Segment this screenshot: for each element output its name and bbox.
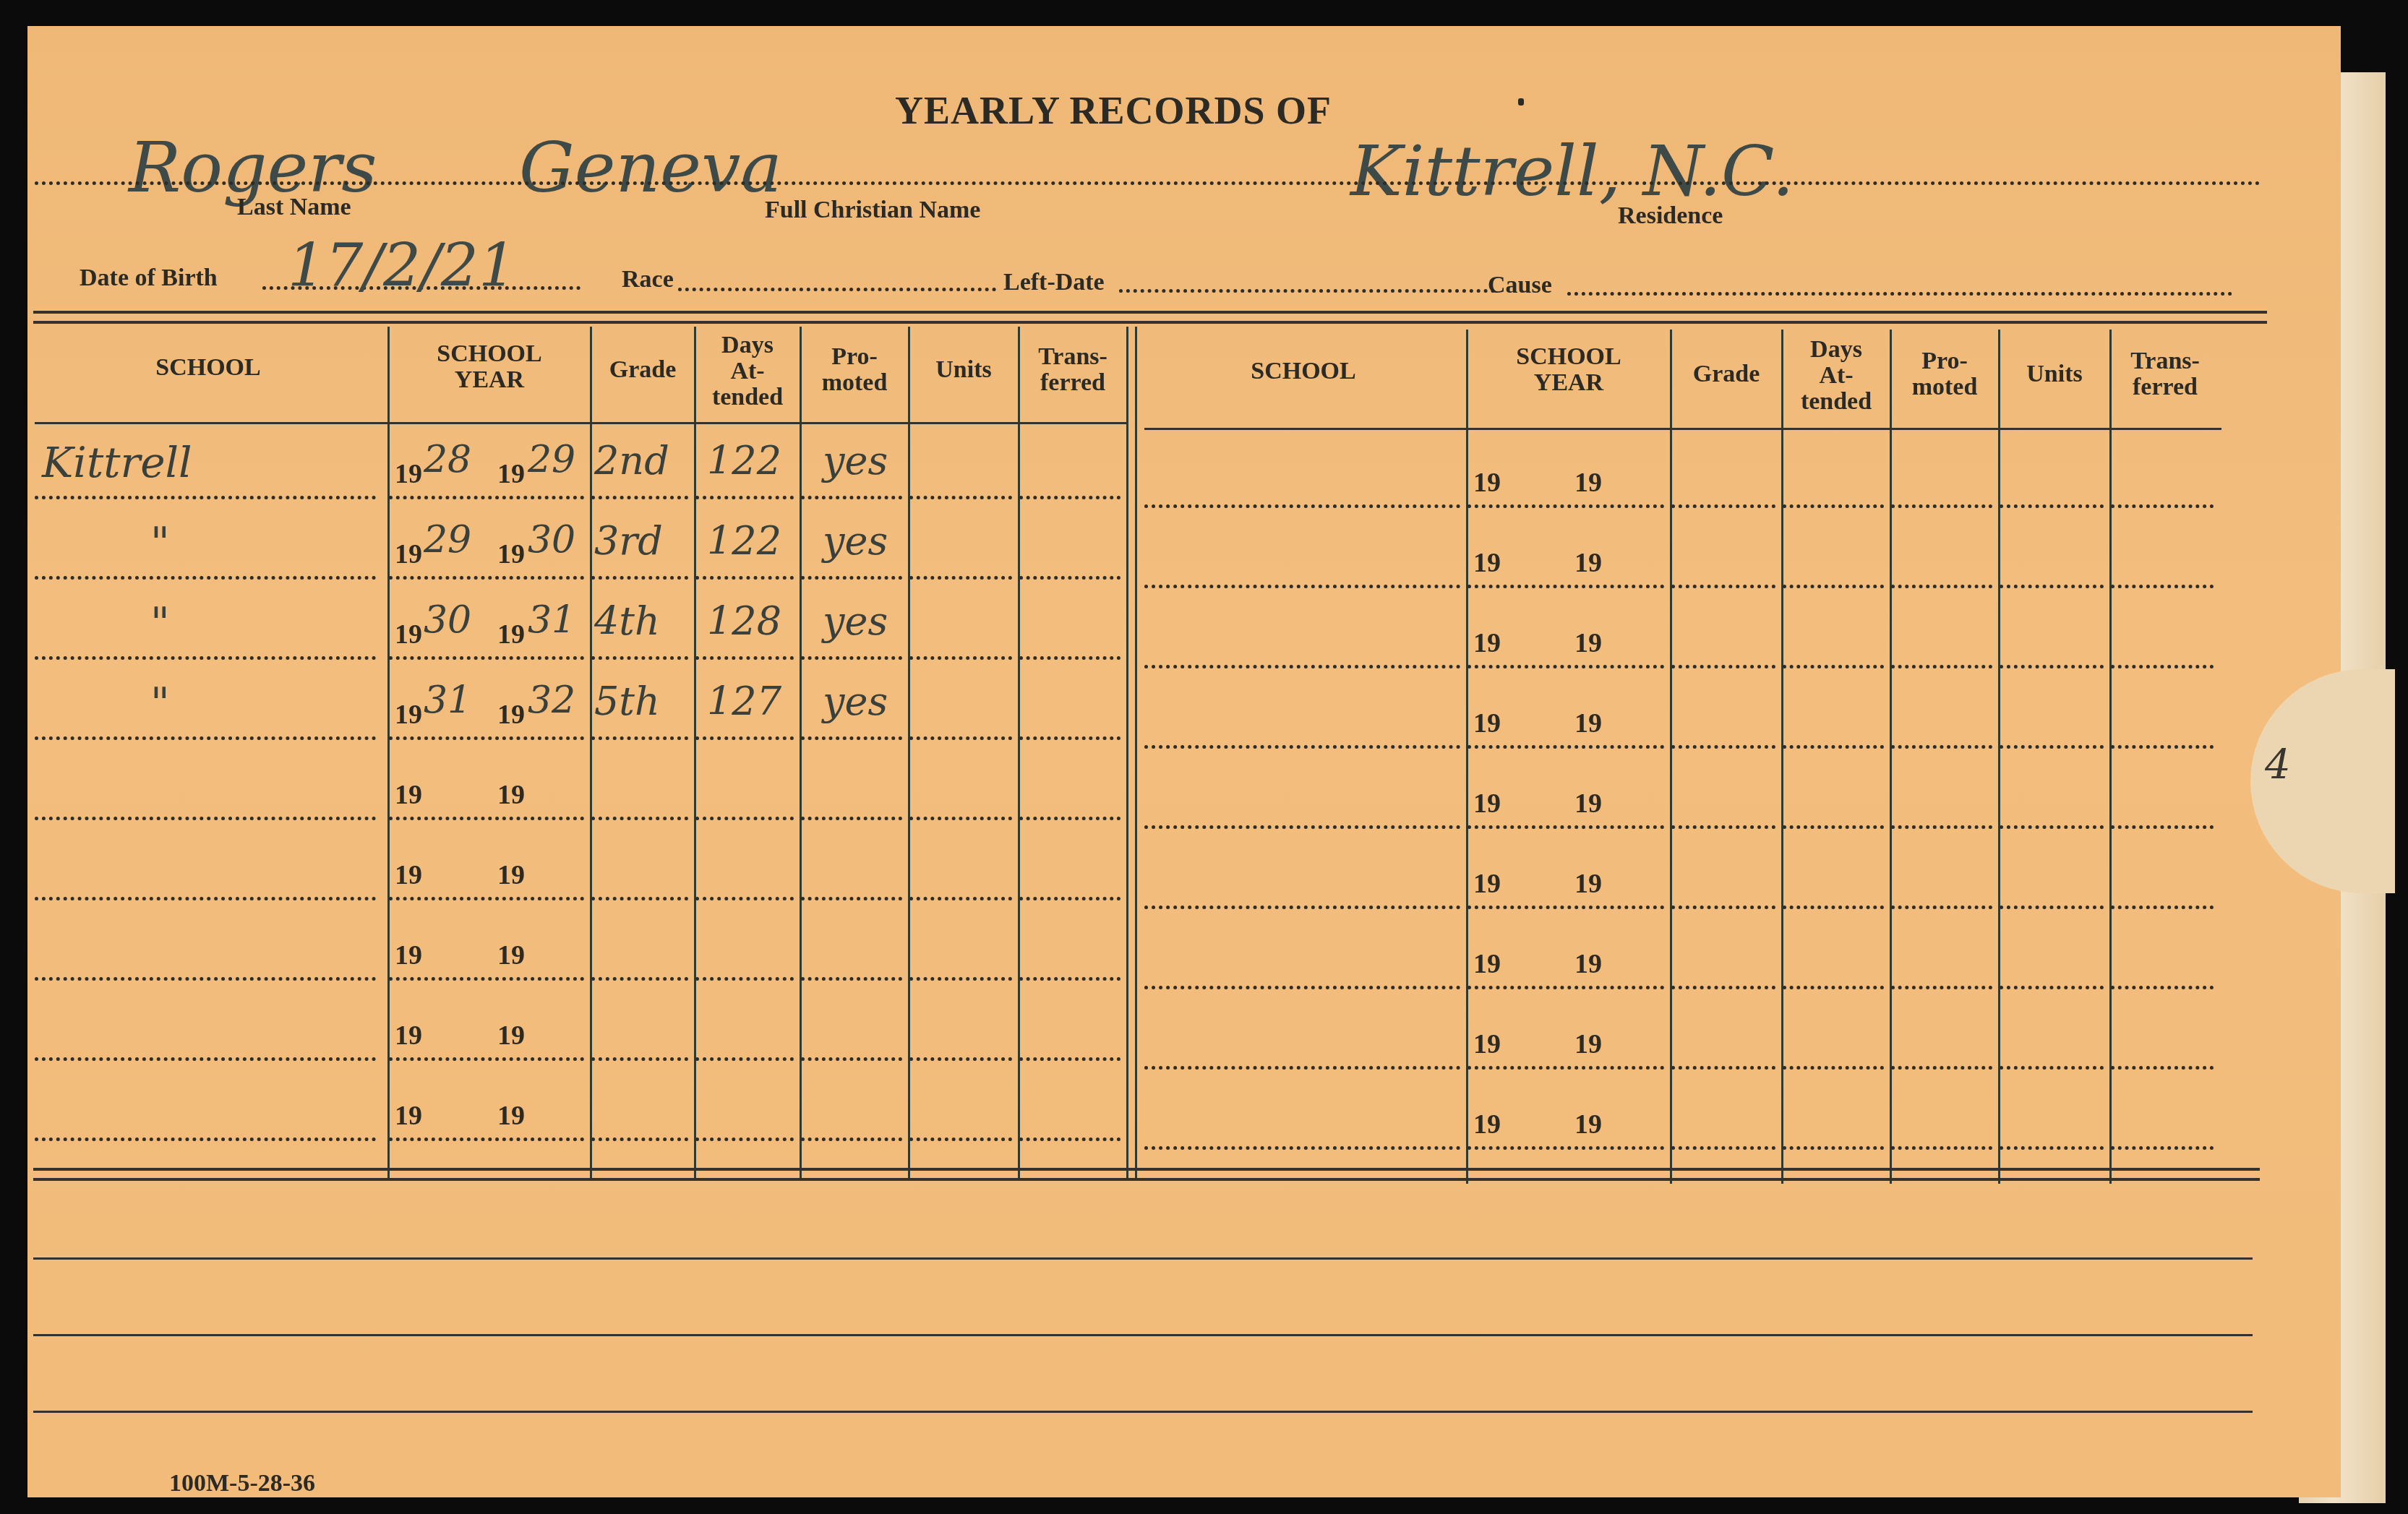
cell-field[interactable]	[1671, 906, 1775, 909]
cell-field[interactable]	[1467, 745, 1664, 749]
year-prefix: 19	[395, 699, 422, 731]
cell-field[interactable]	[389, 736, 584, 740]
cell-field[interactable]	[909, 576, 1012, 580]
cell-field[interactable]	[591, 496, 688, 499]
cell-field[interactable]	[1783, 986, 1884, 989]
school-value[interactable]: "	[150, 518, 170, 567]
cell-field[interactable]	[801, 576, 902, 580]
year-prefix: 19	[1473, 467, 1501, 499]
cell-field[interactable]	[695, 656, 794, 660]
year-to-value[interactable]: 29	[528, 438, 575, 481]
cell-field[interactable]	[909, 1137, 1012, 1141]
col-divider	[1466, 330, 1468, 1184]
cell-field[interactable]	[1671, 1146, 1775, 1150]
col-divider	[1890, 330, 1892, 1184]
page-title: YEARLY RECORDS OF	[895, 88, 1332, 133]
grade-value[interactable]: 5th	[594, 679, 660, 724]
remarks-line[interactable]	[33, 1411, 2253, 1413]
grade-value[interactable]: 2nd	[594, 438, 669, 483]
cell-field[interactable]	[1144, 665, 1460, 668]
cell-field[interactable]	[591, 736, 688, 740]
year-prefix: 19	[1473, 707, 1501, 739]
cause-label: Cause	[1488, 272, 1552, 299]
year-from-value[interactable]: 28	[424, 438, 471, 481]
header-rule	[1144, 428, 2221, 430]
cell-field[interactable]	[389, 656, 584, 660]
days-value[interactable]: 128	[707, 598, 781, 644]
cell-field[interactable]	[695, 496, 794, 499]
days-value[interactable]: 122	[707, 518, 781, 564]
year-prefix: 19	[1574, 868, 1602, 900]
promoted-value[interactable]: yes	[823, 598, 888, 644]
year-prefix: 19	[497, 1100, 525, 1132]
cell-field[interactable]	[389, 576, 584, 580]
cell-field[interactable]	[2000, 504, 2104, 508]
year-prefix: 19	[395, 458, 422, 490]
cell-field[interactable]	[1019, 897, 1121, 900]
cell-field[interactable]	[1467, 986, 1664, 989]
cell-field[interactable]	[1671, 585, 1775, 588]
cell-field[interactable]	[2111, 504, 2214, 508]
year-prefix: 19	[395, 779, 422, 811]
year-prefix: 19	[1473, 1028, 1501, 1060]
cell-field[interactable]	[1783, 1146, 1884, 1150]
cell-field[interactable]	[695, 897, 794, 900]
year-prefix: 19	[1473, 948, 1501, 980]
cell-field[interactable]	[2000, 1066, 2104, 1070]
header-units-right: Units	[2000, 361, 2109, 387]
year-prefix: 19	[395, 619, 422, 650]
cell-field[interactable]	[1019, 496, 1121, 499]
remarks-line[interactable]	[33, 1334, 2253, 1336]
header-units: Units	[909, 357, 1018, 383]
top-rule	[33, 321, 2267, 324]
cell-field[interactable]	[1891, 504, 1992, 508]
cell-field[interactable]	[1891, 665, 1992, 668]
days-value[interactable]: 122	[707, 438, 781, 483]
col-divider	[694, 327, 696, 1181]
cell-field[interactable]	[909, 897, 1012, 900]
cell-field[interactable]	[2111, 1066, 2214, 1070]
days-value[interactable]: 127	[707, 679, 781, 724]
col-divider	[1998, 330, 2000, 1184]
year-prefix: 19	[395, 1020, 422, 1051]
cell-field[interactable]	[1671, 825, 1775, 829]
cell-field[interactable]	[1144, 1066, 1460, 1070]
header-promoted-right: Pro-moted	[1891, 348, 1998, 400]
year-prefix: 19	[395, 859, 422, 891]
cell-field[interactable]	[1467, 825, 1664, 829]
cell-field[interactable]	[1019, 817, 1121, 820]
race-field[interactable]	[678, 288, 996, 291]
cell-field[interactable]	[35, 817, 376, 820]
cell-field[interactable]	[695, 977, 794, 981]
year-prefix: 19	[497, 699, 525, 731]
cell-field[interactable]	[1144, 504, 1460, 508]
cell-field[interactable]	[1891, 1146, 1992, 1150]
year-to-value[interactable]: 31	[528, 598, 575, 642]
year-prefix: 19	[497, 859, 525, 891]
cell-field[interactable]	[35, 1057, 376, 1061]
cell-field[interactable]	[389, 897, 584, 900]
cell-field[interactable]	[801, 1057, 902, 1061]
form-number: 100M-5-28-36	[169, 1470, 315, 1497]
cell-field[interactable]	[1783, 906, 1884, 909]
cell-field[interactable]	[2000, 906, 2104, 909]
left-date-field[interactable]	[1119, 289, 1495, 293]
col-divider	[2109, 330, 2112, 1184]
cell-field[interactable]	[801, 656, 902, 660]
cell-field[interactable]	[389, 1057, 584, 1061]
cell-field[interactable]	[695, 817, 794, 820]
header-school-right: SCHOOL	[1141, 358, 1466, 384]
col-divider	[387, 327, 390, 1181]
dob-value[interactable]: 17/2/21	[288, 232, 516, 301]
year-prefix: 19	[497, 619, 525, 650]
cell-field[interactable]	[801, 496, 902, 499]
year-prefix: 19	[395, 538, 422, 570]
last-name-label: Last Name	[237, 194, 351, 221]
cell-field[interactable]	[909, 977, 1012, 981]
cell-field[interactable]	[695, 1057, 794, 1061]
cell-field[interactable]	[591, 897, 688, 900]
cell-field[interactable]	[35, 576, 376, 580]
cell-field[interactable]	[1019, 1057, 1121, 1061]
school-value[interactable]: Kittrell	[42, 438, 192, 487]
cell-field[interactable]	[1144, 906, 1460, 909]
year-prefix: 19	[497, 779, 525, 811]
remarks-line[interactable]	[33, 1257, 2253, 1260]
year-prefix: 19	[497, 1020, 525, 1051]
cell-field[interactable]	[1467, 585, 1664, 588]
dob-label: Date of Birth	[80, 264, 218, 292]
cell-field[interactable]	[591, 977, 688, 981]
year-prefix: 19	[1574, 467, 1602, 499]
year-prefix: 19	[1473, 868, 1501, 900]
cell-field[interactable]	[1019, 736, 1121, 740]
header-days-attended-right: DaysAt-tended	[1783, 337, 1890, 415]
col-divider	[590, 327, 592, 1181]
cell-field[interactable]	[1144, 986, 1460, 989]
cell-field[interactable]	[591, 1137, 688, 1141]
cell-field[interactable]	[909, 656, 1012, 660]
cell-field[interactable]	[35, 496, 376, 499]
cell-field[interactable]	[2111, 665, 2214, 668]
cell-field[interactable]	[2000, 1146, 2104, 1150]
cell-field[interactable]	[695, 736, 794, 740]
cell-field[interactable]	[1891, 585, 1992, 588]
cell-field[interactable]	[1891, 986, 1992, 989]
col-divider	[1126, 327, 1128, 1181]
year-prefix: 19	[497, 939, 525, 971]
promoted-value[interactable]: yes	[823, 438, 888, 483]
cell-field[interactable]	[909, 736, 1012, 740]
cell-field[interactable]	[389, 496, 584, 499]
notch-mark: 4	[2265, 741, 2291, 788]
year-from-value[interactable]: 30	[424, 598, 471, 642]
cell-field[interactable]	[909, 817, 1012, 820]
cell-field[interactable]	[801, 897, 902, 900]
christian-name-value[interactable]: Geneva	[519, 127, 782, 208]
cell-field[interactable]	[1144, 825, 1460, 829]
race-label: Race	[622, 266, 674, 293]
cell-field[interactable]	[35, 977, 376, 981]
year-from-value[interactable]: 29	[424, 518, 471, 562]
cell-field[interactable]	[35, 736, 376, 740]
year-to-value[interactable]: 32	[528, 679, 575, 722]
cell-field[interactable]	[35, 1137, 376, 1141]
cell-field[interactable]	[1671, 986, 1775, 989]
cell-field[interactable]	[1671, 504, 1775, 508]
cell-field[interactable]	[591, 576, 688, 580]
col-divider	[800, 327, 802, 1181]
cell-field[interactable]	[801, 1137, 902, 1141]
year-prefix: 19	[1574, 1109, 1602, 1140]
year-prefix: 19	[1473, 788, 1501, 820]
cell-field[interactable]	[801, 817, 902, 820]
cell-field[interactable]	[1019, 977, 1121, 981]
residence-label: Residence	[1618, 202, 1723, 230]
header-school-year: SCHOOLYEAR	[389, 341, 590, 393]
year-prefix: 19	[395, 939, 422, 971]
cause-field[interactable]	[1567, 292, 2232, 296]
cell-field[interactable]	[1144, 585, 1460, 588]
cell-field[interactable]	[801, 977, 902, 981]
year-prefix: 19	[395, 1100, 422, 1132]
year-prefix: 19	[1473, 547, 1501, 579]
record-card: YEARLY RECORDS OF Rogers Geneva Kittrell…	[27, 26, 2341, 1497]
cell-field[interactable]	[1783, 745, 1884, 749]
cell-field[interactable]	[801, 736, 902, 740]
cell-field[interactable]	[591, 817, 688, 820]
top-rule	[33, 311, 2267, 314]
cell-field[interactable]	[909, 1057, 1012, 1061]
bottom-rule	[33, 1178, 2260, 1181]
year-prefix: 19	[497, 538, 525, 570]
year-prefix: 19	[1574, 788, 1602, 820]
residence-value[interactable]: Kittrell, N.C.	[1350, 131, 1794, 212]
cell-field[interactable]	[389, 1137, 584, 1141]
cell-field[interactable]	[1783, 1066, 1884, 1070]
christian-name-label: Full Christian Name	[765, 197, 980, 224]
header-rule	[35, 422, 1126, 424]
cell-field[interactable]	[2111, 825, 2214, 829]
promoted-value[interactable]: yes	[823, 518, 888, 564]
header-days-attended: DaysAt-tended	[695, 332, 800, 410]
col-divider	[1018, 327, 1020, 1181]
grade-value[interactable]: 3rd	[594, 518, 663, 564]
cell-field[interactable]	[1019, 576, 1121, 580]
cell-field[interactable]	[1783, 665, 1884, 668]
cell-field[interactable]	[1019, 1137, 1121, 1141]
cell-field[interactable]	[2111, 986, 2214, 989]
year-prefix: 19	[1473, 627, 1501, 659]
cell-field[interactable]	[909, 496, 1012, 499]
header-promoted: Pro-moted	[801, 344, 908, 396]
year-from-value[interactable]: 31	[424, 679, 471, 722]
cell-field[interactable]	[591, 1057, 688, 1061]
header-school: SCHOOL	[35, 355, 382, 381]
year-prefix: 19	[1574, 547, 1602, 579]
cell-field[interactable]	[695, 576, 794, 580]
cell-field[interactable]	[695, 1137, 794, 1141]
bottom-rule	[33, 1168, 2260, 1171]
year-prefix: 19	[497, 458, 525, 490]
cell-field[interactable]	[2111, 906, 2214, 909]
cell-field[interactable]	[2111, 1146, 2214, 1150]
left-date-label: Left-Date	[1003, 269, 1105, 296]
ink-dot	[1518, 98, 1524, 106]
year-to-value[interactable]: 30	[528, 518, 575, 562]
cell-field[interactable]	[1019, 656, 1121, 660]
cell-field[interactable]	[1783, 825, 1884, 829]
cell-field[interactable]	[1144, 745, 1460, 749]
year-prefix: 19	[1574, 627, 1602, 659]
cell-field[interactable]	[35, 656, 376, 660]
header-school-year-right: SCHOOLYEAR	[1467, 344, 1670, 396]
header-grade: Grade	[591, 357, 694, 383]
cell-field[interactable]	[1467, 665, 1664, 668]
year-prefix: 19	[1574, 948, 1602, 980]
cell-field[interactable]	[2111, 585, 2214, 588]
cell-field[interactable]	[1783, 585, 1884, 588]
col-divider	[1670, 330, 1672, 1184]
cell-field[interactable]	[1783, 504, 1884, 508]
cell-field[interactable]	[2000, 745, 2104, 749]
cell-field[interactable]	[2000, 825, 2104, 829]
cell-field[interactable]	[1144, 1146, 1460, 1150]
cell-field[interactable]	[1671, 665, 1775, 668]
cell-field[interactable]	[2111, 745, 2214, 749]
cell-field[interactable]	[1467, 906, 1664, 909]
cell-field[interactable]	[1671, 1066, 1775, 1070]
header-transferred: Trans-ferred	[1019, 344, 1126, 396]
cell-field[interactable]	[2000, 665, 2104, 668]
tab-notch: 4	[2250, 669, 2395, 893]
cell-field[interactable]	[389, 977, 584, 981]
cell-field[interactable]	[1891, 745, 1992, 749]
header-grade-right: Grade	[1671, 361, 1781, 387]
cell-field[interactable]	[389, 817, 584, 820]
year-prefix: 19	[1574, 707, 1602, 739]
cell-field[interactable]	[1671, 745, 1775, 749]
school-value[interactable]: "	[150, 679, 170, 728]
col-divider	[908, 327, 910, 1181]
cell-field[interactable]	[1891, 1066, 1992, 1070]
promoted-value[interactable]: yes	[823, 679, 888, 724]
cell-field[interactable]	[1891, 825, 1992, 829]
cell-field[interactable]	[1467, 1146, 1664, 1150]
cell-field[interactable]	[1467, 504, 1664, 508]
col-divider	[1135, 327, 1137, 1181]
cell-field[interactable]	[2000, 986, 2104, 989]
header-transferred-right: Trans-ferred	[2111, 348, 2219, 400]
cell-field[interactable]	[2000, 585, 2104, 588]
col-divider	[1781, 330, 1783, 1184]
cell-field[interactable]	[1467, 1066, 1664, 1070]
school-value[interactable]: "	[150, 598, 170, 648]
grade-value[interactable]: 4th	[594, 598, 660, 644]
cell-field[interactable]	[1891, 906, 1992, 909]
year-prefix: 19	[1574, 1028, 1602, 1060]
cell-field[interactable]	[35, 897, 376, 900]
year-prefix: 19	[1473, 1109, 1501, 1140]
cell-field[interactable]	[591, 656, 688, 660]
name-line	[35, 181, 2261, 185]
